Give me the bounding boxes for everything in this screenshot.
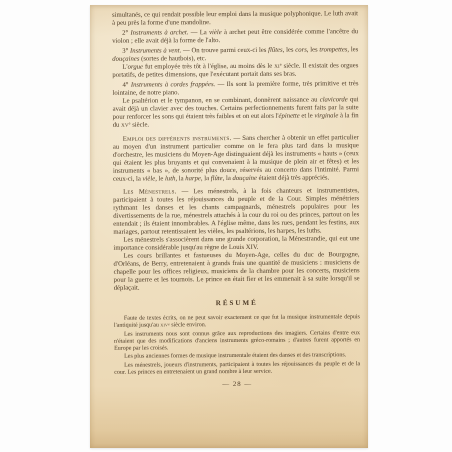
text-segment: e [168,322,170,326]
text-segment: Emploi des différents instruments. [123,135,232,143]
text-segment: , le [155,175,165,182]
page-content: simultanés, ce qui rendait possible leur… [112,10,360,396]
text-segment: douçaine [232,175,257,182]
text-segment: harpe [185,175,201,182]
text-segment: flûtes [268,47,283,54]
paragraph: Les plus anciennes formes de musique ins… [114,353,360,362]
text-segment: , les [307,46,320,53]
text-segment: Instruments à vent. [130,47,181,54]
paragraph: 4° Instruments à cordes frappées. — Ils … [112,80,358,98]
text-segment: Les ménestrels s'associèrent dans une gr… [113,235,359,252]
text-segment: luth [165,175,175,182]
text-segment: , la [175,175,185,182]
text-segment: Instruments à archet. [130,29,188,36]
text-segment: Les instruments nous sont connus grâce a… [114,330,360,352]
text-segment: siècle environ. [170,322,207,328]
resume-text-block: Faute de textes écrits, on ne peut savoi… [114,314,360,377]
text-segment: 3° [122,48,130,55]
text-segment: siècle. [131,122,150,129]
text-segment: Les plus anciennes formes de musique ins… [124,353,346,360]
scan-background: simultanés, ce qui rendait possible leur… [0,0,452,452]
text-segment: flûte [211,175,223,182]
text-segment: fut employée très tôt à l'église, au moi… [143,63,274,71]
paragraph: simultanés, ce qui rendait possible leur… [112,10,358,28]
text-segment: douçaines [112,56,139,63]
text-segment: et le [300,113,315,120]
text-segment: Les cours brillantes et fastueuses du Mo… [114,251,360,292]
text-segment: , les [283,47,296,54]
paragraph: Les cours brillantes et fastueuses du Mo… [113,251,359,293]
text-segment: étaient déjà très appréciés. [257,174,329,181]
paragraph: Emploi des différents instruments. — San… [113,134,359,184]
text-segment: , les [347,46,358,53]
paragraph: Les ménestrels, joueurs d'instruments, p… [114,361,360,377]
paragraph: 2° Instruments à archet. — La vièle à ar… [112,28,358,46]
paragraph: Les Ménestrels. — Les ménestrels, à la f… [113,187,359,237]
text-segment: , la [223,175,233,182]
text-segment: clavicorde [320,96,348,103]
main-text-block: simultanés, ce qui rendait possible leur… [112,10,360,292]
text-segment: Les ménestrels, joueurs d'instruments, p… [114,361,360,376]
paragraph: L'orgue fut employée très tôt à l'église… [112,62,358,80]
text-segment: (sortes de hautbois), etc. [139,55,206,62]
text-segment: vièle [209,29,222,36]
paragraph: Les instruments nous sont connus grâce a… [114,330,360,353]
text-segment: trompettes [319,46,347,53]
text-segment: orgue [128,64,143,71]
text-segment: Faute de textes écrits, on ne peut savoi… [114,314,360,329]
paragraph: 3° Instruments à vent. — On trouve parmi… [112,46,358,64]
text-segment: Le psaltérion et le tympanon, en se comb… [123,96,320,104]
text-segment: épinette [279,113,300,120]
text-segment: virginale [314,112,338,119]
text-segment: — La [188,29,209,36]
text-segment: , la [201,175,211,182]
text-segment: cors [295,47,307,54]
text-segment: xv [121,122,129,129]
resume-heading: RÉSUMÉ [114,298,360,308]
page-number: — 28 — [114,381,360,390]
text-segment: Les Ménestrels. [123,188,176,195]
book-page: simultanés, ce qui rendait possible leur… [90,5,368,448]
text-segment: xi [274,63,280,70]
text-segment: vièle [143,175,156,182]
paragraph: Les ménestrels s'associèrent dans une gr… [113,235,359,253]
text-segment: Instruments à cordes frappées. [131,81,215,89]
text-segment: e [129,121,131,126]
paragraph: Le psaltérion et le tympanon, en se comb… [113,96,359,130]
paragraph: Faute de textes écrits, on ne peut savoi… [114,314,360,330]
text-segment: simultanés, ce qui rendait possible leur… [112,10,358,27]
text-segment: — On trouve parmi ceux-ci les [181,47,268,55]
